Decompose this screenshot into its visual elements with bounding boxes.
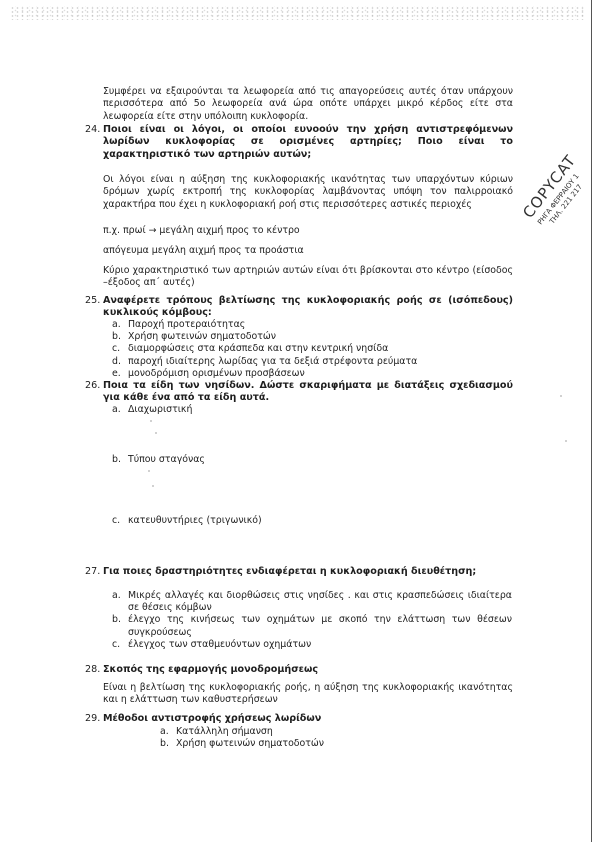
list-item: a.Παροχή προτεραιότητας	[112, 319, 512, 331]
item-text: Τύπου σταγόνας	[128, 454, 512, 466]
scan-speck	[150, 420, 152, 422]
question-number: 29.	[85, 713, 100, 725]
q25-list: a.Παροχή προτεραιότητας b.Χρήση φωτεινών…	[112, 319, 512, 380]
item-text: Χρήση φωτεινών σηματοδοτών	[176, 738, 460, 750]
question-29: 29. Μέθοδοι αντιστροφής χρήσεως λωρίδων	[85, 713, 513, 725]
q24-answer-4: Κύριο χαρακτηριστικό των αρτηριών αυτών …	[103, 265, 513, 290]
scan-speck	[152, 485, 154, 487]
scan-speck	[560, 395, 562, 397]
scan-speck	[148, 470, 150, 472]
question-text: Σκοπός της εφαρμογής μονοδρομήσεως	[103, 664, 513, 676]
intro-paragraph: Συμφέρει να εξαιρούνται τα λεωφορεία από…	[103, 86, 513, 123]
q27-list: a.Μικρές αλλαγές και διορθώσεις στις νησ…	[112, 590, 512, 651]
item-label: d.	[112, 356, 121, 368]
question-28: 28. Σκοπός της εφαρμογής μονοδρομήσεως	[85, 664, 513, 676]
question-text: Αναφέρετε τρόπους βελτίωσης της κυκλοφορ…	[103, 295, 513, 320]
item-label: a.	[112, 404, 121, 416]
question-27: 27. Για ποιες δραστηριότητες ενδιαφέρετα…	[85, 566, 513, 578]
item-text: διαμορφώσεις στα κράσπεδα και στην κεντρ…	[128, 343, 512, 355]
item-text: έλεγχος των σταθμευόντων οχημάτων	[128, 639, 512, 651]
question-number: 27.	[85, 566, 100, 578]
item-text: κατευθυντήριες (τριγωνικό)	[128, 515, 512, 527]
question-25: 25. Αναφέρετε τρόπους βελτίωσης της κυκλ…	[85, 295, 513, 320]
question-24: 24. Ποιοι είναι οι λόγοι, οι οποίοι ευνο…	[85, 124, 513, 161]
q28-answer: Είναι η βελτίωση της κυκλοφοριακής ροής,…	[103, 682, 513, 707]
question-text: Ποιοι είναι οι λόγοι, οι οποίοι ευνοούν …	[103, 124, 513, 161]
q24-answer-1: Οι λόγοι είναι η αύξηση της κυκλοφοριακή…	[103, 174, 513, 211]
item-text: Διαχωριστική	[128, 404, 512, 416]
item-text: Μικρές αλλαγές και διορθώσεις στις νησίδ…	[128, 590, 512, 614]
copy-shop-stamp: COPYCAT ΡΗΓΑ ΦΕΡΡΑΙΟΥ 1 ΤΗΛ. 221 217	[508, 140, 595, 240]
scan-speck	[565, 440, 567, 442]
item-label: c.	[112, 343, 120, 355]
item-text: παροχή ιδιαίτερης λωρίδας για τα δεξιά σ…	[128, 356, 512, 368]
question-number: 28.	[85, 664, 100, 676]
question-26: 26. Ποια τα είδη των νησίδων. Δώστε σκαρ…	[85, 380, 513, 405]
question-text: Μέθοδοι αντιστροφής χρήσεως λωρίδων	[103, 713, 513, 725]
list-item: c.διαμορφώσεις στα κράσπεδα και στην κεν…	[112, 343, 512, 355]
item-label: e.	[112, 368, 121, 380]
item-text: Κατάλληλη σήμανση	[176, 726, 460, 738]
list-item: b.Τύπου σταγόνας	[112, 454, 512, 466]
q26-item-c: c.κατευθυντήριες (τριγωνικό)	[112, 515, 512, 527]
list-item: e.μονοδρόμιση ορισμένων προσβάσεων	[112, 368, 512, 380]
list-item: b.Χρήση φωτεινών σηματοδοτών	[112, 331, 512, 343]
list-item: a.Διαχωριστική	[112, 404, 512, 416]
list-item: b.έλεγχο της κινήσεως των οχημάτων με σκ…	[112, 614, 512, 638]
q24-answer-2: π.χ. πρωί → μεγάλη αιχμή προς το κέντρο	[103, 225, 513, 237]
item-label: c.	[112, 515, 120, 527]
item-label: c.	[112, 639, 120, 651]
question-number: 26.	[85, 380, 100, 392]
list-item: a.Μικρές αλλαγές και διορθώσεις στις νησ…	[112, 590, 512, 614]
question-text: Ποια τα είδη των νησίδων. Δώστε σκαριφήμ…	[103, 380, 513, 405]
item-text: Χρήση φωτεινών σηματοδοτών	[128, 331, 512, 343]
item-label: b.	[112, 614, 121, 626]
q26-item-a: a.Διαχωριστική	[112, 404, 512, 416]
question-number: 24.	[85, 124, 100, 136]
item-label: a.	[112, 590, 121, 602]
document-page: Συμφέρει να εξαιρούνται τα λεωφορεία από…	[0, 0, 595, 842]
item-label: b.	[112, 331, 121, 343]
list-item: a.Κατάλληλη σήμανση	[160, 726, 460, 738]
item-text: έλεγχο της κινήσεως των οχημάτων με σκοπ…	[128, 614, 512, 638]
list-item: d.παροχή ιδιαίτερης λωρίδας για τα δεξιά…	[112, 356, 512, 368]
list-item: c.κατευθυντήριες (τριγωνικό)	[112, 515, 512, 527]
item-text: μονοδρόμιση ορισμένων προσβάσεων	[128, 368, 512, 380]
scan-speck	[155, 432, 157, 434]
q26-item-b: b.Τύπου σταγόνας	[112, 454, 512, 466]
q29-list: a.Κατάλληλη σήμανση b.Χρήση φωτεινών σημ…	[160, 726, 460, 750]
item-label: b.	[160, 738, 169, 750]
q24-answer-3: απόγευμα μεγάλη αιχμή προς τα προάστια	[103, 245, 513, 257]
item-text: Παροχή προτεραιότητας	[128, 319, 512, 331]
list-item: c.έλεγχος των σταθμευόντων οχημάτων	[112, 639, 512, 651]
item-label: a.	[112, 319, 121, 331]
question-number: 25.	[85, 295, 100, 307]
item-label: a.	[160, 726, 169, 738]
list-item: b.Χρήση φωτεινών σηματοδοτών	[160, 738, 460, 750]
question-text: Για ποιες δραστηριότητες ενδιαφέρεται η …	[103, 566, 513, 578]
item-label: b.	[112, 454, 121, 466]
